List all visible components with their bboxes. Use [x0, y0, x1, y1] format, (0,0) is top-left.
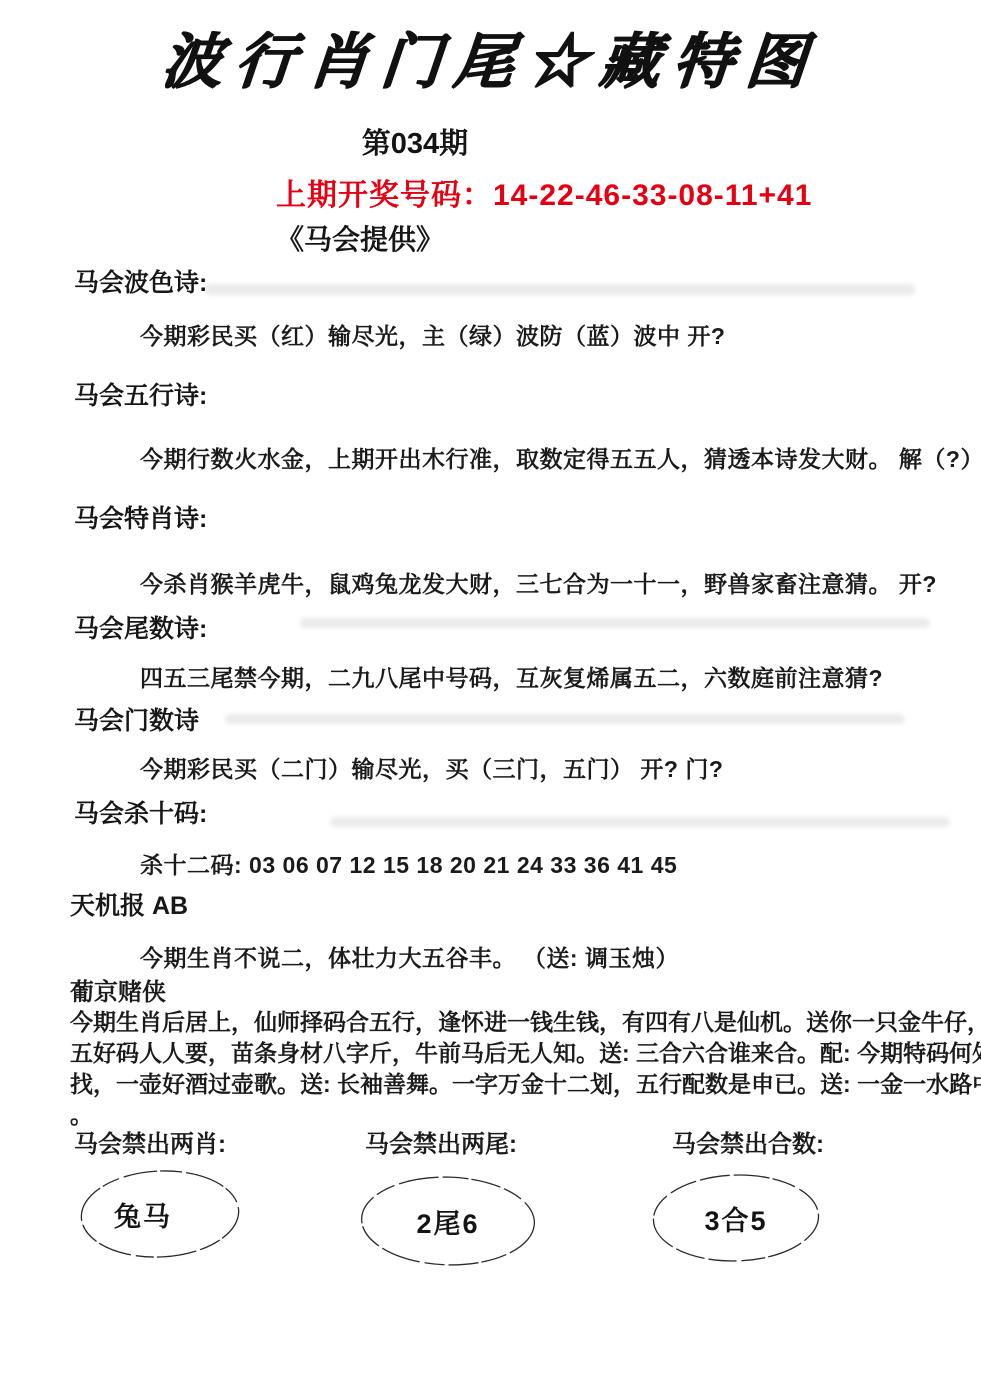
section-poem-wuxing: 今期行数火水金，上期开出木行准，取数定得五五人，猜透本诗发大财。 解（?） — [140, 441, 981, 474]
forbidden-zodiac-label: 马会禁出两肖: — [74, 1124, 226, 1159]
section-heading-wuxing: 马会五行诗: — [74, 376, 207, 412]
scan-smudge — [225, 714, 905, 724]
scanned-lottery-sheet: 波行肖门尾☆藏特图 第034期 上期开奖号码：14-22-46-33-08-11… — [0, 0, 981, 1388]
section-heading-texiao: 马会特肖诗: — [74, 499, 207, 535]
pujing-line: 今期生肖后居上，仙师择码合五行，逢怀进一钱生钱，有四有八是仙机。送你一只金牛仔，… — [70, 1004, 981, 1037]
provider-line: 《马会提供》 — [276, 218, 444, 258]
forbidden-sum-label: 马会禁出合数: — [672, 1124, 824, 1159]
section-poem-menshu: 今期彩民买（二门）输尽光，买（三门，五门） 开? 门? — [140, 751, 723, 784]
forbidden-tail-oval: 2尾6 — [358, 1174, 538, 1268]
section-heading-pujing: 葡京赌侠 — [70, 972, 166, 1007]
forbidden-zodiac-value: 兔马 — [78, 1168, 242, 1260]
section-heading-bose: 马会波色诗: — [74, 263, 207, 299]
forbidden-tail-value: 2尾6 — [358, 1174, 538, 1268]
section-heading-weishu: 马会尾数诗: — [74, 609, 207, 645]
forbidden-zodiac-oval: 兔马 — [78, 1168, 242, 1260]
scan-smudge — [330, 817, 950, 827]
scan-smudge — [300, 618, 930, 628]
kill-numbers-line: 杀十二码: 03 06 07 12 15 18 20 21 24 33 36 4… — [140, 847, 677, 880]
section-poem-weishu: 四五三尾禁今期，二九八尾中号码，互灰复烯属五二，六数庭前注意猜? — [140, 660, 883, 693]
pujing-line: 五好码人人要，苗条身材八字斤，牛前马后无人知。送: 三合六合谁来合。配: 今期特… — [70, 1035, 981, 1068]
section-heading-tianjibao: 天机报 AB — [70, 886, 188, 922]
last-draw-numbers: 上期开奖号码：14-22-46-33-08-11+41 — [276, 170, 812, 214]
forbidden-tail-label: 马会禁出两尾: — [365, 1124, 517, 1159]
page-title: 波行肖门尾☆藏特图 — [0, 14, 981, 100]
pujing-line: 找，一壶好酒过壶歌。送: 长袖善舞。一字万金十二划，五行配数是申已。送: 一金一… — [70, 1066, 981, 1099]
scan-smudge — [205, 284, 915, 295]
section-poem-tianjibao: 今期生肖不说二，体壮力大五谷丰。 （送: 调玉烛） — [140, 940, 679, 973]
section-heading-shashima: 马会杀十码: — [74, 794, 207, 830]
issue-number: 第034期 — [0, 121, 830, 162]
section-poem-bose: 今期彩民买（红）输尽光，主（绿）波防（蓝）波中 开? — [140, 318, 725, 351]
section-heading-menshu: 马会门数诗 — [74, 701, 199, 737]
forbidden-sum-oval: 3合5 — [650, 1172, 822, 1264]
forbidden-sum-value: 3合5 — [650, 1172, 822, 1264]
section-poem-texiao: 今杀肖猴羊虎牛，鼠鸡兔龙发大财，三七合为一十一，野兽家畜注意猜。 开? — [140, 566, 937, 599]
